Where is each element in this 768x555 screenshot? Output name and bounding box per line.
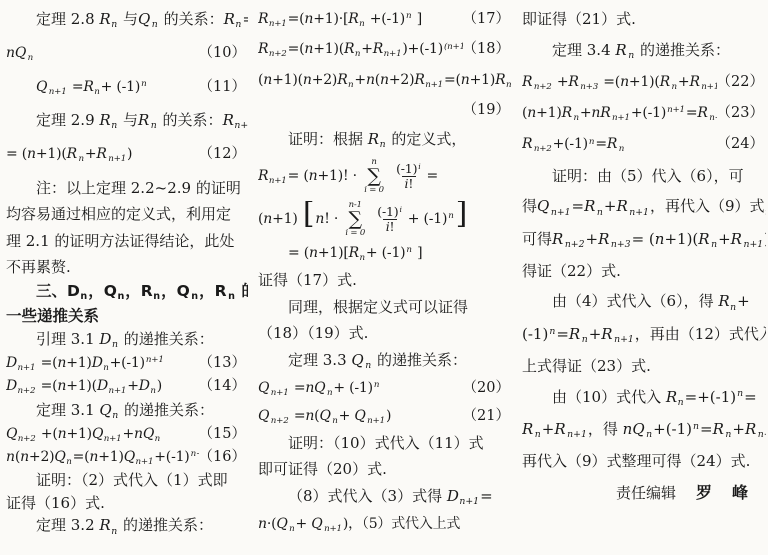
line-content: 即证得（21）式. [522,10,636,30]
equation-number: （21） [463,407,512,426]
text-line: 证明：根据 Rn 的定义式， [258,130,512,151]
line-content: 一些递推关系 [6,306,99,326]
subscript: n [730,302,736,313]
ring-accent-icon: ° [560,420,564,426]
text-line: 上式得证（23）式. [522,357,766,377]
tall-bracket: [ [303,201,315,231]
subscript: n+3 [580,82,598,92]
equation-number: （10） [199,44,248,63]
superscript: n [374,380,379,390]
text-line: 再代入（9）式整理可得（24）式. [522,452,766,472]
ring-accent-icon: ° [527,135,530,140]
ring-accent-icon: ° [264,379,267,384]
equation-line: R°n+2 +R°n+3 =(n+1)(R°n+R°n+1)（22） [522,73,766,93]
ring-variable: R° [562,104,572,122]
ring-accent-icon: ° [695,73,698,78]
column-center: Rn+1=(n+1)·[Rn +(-1)n ]（17）Rn+2=(n+1)(Rn… [258,10,512,555]
superscript: n+1 [146,355,164,365]
equation-line: Q°n+1 =Rn+ (-1)n（11） [6,78,248,98]
line-content: (-1)n=R°n+R°n+1，再由（12）式代入 [522,325,766,346]
subscript: n+1 [108,386,126,396]
ring-variable: R° [731,230,742,250]
line-content: n·(Q°n+ Q°n+1)，（5）式代入上式 [258,515,460,535]
equation-line: （19） [258,101,512,120]
ring-variable: R° [616,197,627,217]
line-content: 证明：（10）式代入（11）式 [288,434,484,454]
text-line: 定理 3.2 Rn 的递推关系： [6,516,248,537]
ring-variable: R° [607,135,617,153]
text-line: 同理，根据定义式可以证得 [258,298,512,318]
fraction: (-1)ii! [393,162,424,191]
line-content: 证得（17）式. [258,271,357,291]
subscript: n [151,120,157,131]
subscript: n [112,410,118,421]
editor-name: 罗 峰 [696,483,750,504]
text-line: 由（10）式代入 Rn=+(-1)n= [522,388,766,409]
equation-number: （17） [463,10,512,29]
ring-accent-icon: ° [264,407,267,412]
subscript: n [348,80,353,90]
ring-variable: R° [600,104,610,122]
line-content: 证明：由（5）代入（6），可 [552,167,744,187]
text-line: (n+1)(n+2)Rn+n(n+2)Rn+1=(n+1)Rn+2 [258,71,512,91]
ring-accent-icon: ° [42,78,45,83]
ring-accent-icon: ° [102,145,105,150]
subscript: n+1 [136,457,154,467]
ring-accent-icon: ° [574,73,577,78]
subscript: n [597,207,603,218]
superscript: n [141,79,146,89]
text-line: 证明：（10）式代入（11）式 [258,434,512,454]
ring-accent-icon: ° [72,145,75,150]
ring-accent-icon: ° [358,351,362,357]
superscript: i [418,162,420,171]
line-content: 得Q°n+1=R°n+R°n+1，再代入（9）式， [522,197,766,218]
line-content: 上式得证（23）式. [522,357,651,377]
line-content: 定理 3.3 Q°n 的递推关系： [288,351,467,372]
ring-accent-icon: ° [703,104,706,109]
text-line: 定理 3.4 R°n 的递推关系： [522,41,766,62]
text-line: 不再累赘. [6,258,248,278]
superscript: n [549,326,555,337]
line-content: (n+1) [n! · n-1∑i = 0 (-1)ii!+ (-1)n] [258,201,468,237]
ring-accent-icon: ° [221,281,225,287]
ring-variable: Q° [311,515,322,533]
ring-variable: R° [713,420,724,440]
subscript: n+1 [269,176,287,186]
ring-accent-icon: ° [575,325,579,331]
text-line: (-1)n=R°n+R°n+1，再由（12）式代入 [522,325,766,346]
ring-variable: Q° [258,407,269,425]
subscript: n [646,429,652,440]
ring-variable: Q° [319,407,330,425]
subscript: n [111,526,117,537]
line-content: 证明：（2）式代入（1）式即 [36,471,228,491]
ring-variable: R° [138,111,149,131]
line-content: Qn+2 +(n+1)Qn+1+nQn [6,425,161,445]
subscript: n [289,524,294,534]
equation-number: （22） [717,73,766,92]
subscript: n [619,144,624,154]
subscript: n+1 [271,388,289,398]
equation-number: （13） [199,354,248,373]
ring-accent-icon: ° [21,44,24,49]
equation-number: （12） [199,145,248,164]
ring-accent-icon: ° [737,230,741,236]
text-line: 均容易通过相应的定义式，利用定 [6,205,248,225]
sigma-icon: ∑ [349,210,362,229]
ring-variable: R° [689,73,699,91]
line-content: = (n+1)(R°n+R°n+1) [6,145,132,165]
subscript: n [191,291,198,302]
ring-accent-icon: ° [558,230,562,236]
text-line: 证得（16）式. [6,494,248,514]
fraction-numerator: (-1)i [374,205,405,219]
ring-accent-icon: ° [718,420,722,426]
text-line: n·(Q°n+ Q°n+1)，（5）式代入上式 [258,515,512,535]
subscript: n [359,19,364,29]
superscript: (n+1) [444,42,463,52]
subscript: n [111,19,117,30]
subscript: n+1 [269,19,287,29]
text-line: 得证（22）式. [522,262,766,282]
ring-accent-icon: ° [144,111,148,117]
equation-line: = (n+1)(R°n+R°n+1)（12） [6,145,248,165]
ring-variable: R° [697,104,707,122]
equation-number: （16） [199,448,248,467]
superscript: n+1 [191,449,199,459]
subscript: n+2 [534,144,552,154]
line-content: （8）式代入（3）式得 Dn+1= [288,487,493,508]
line-content: 即可证得（20）式. [258,460,387,480]
text-line: （8）式代入（3）式得 Dn+1= [258,487,512,508]
ring-variable: Q° [354,407,365,425]
subscript: n+1 [701,82,716,92]
ring-variable: R° [554,420,565,440]
ring-accent-icon: ° [606,104,609,109]
line-content: 同理，根据定义式可以证得 [288,298,468,318]
ring-accent-icon: ° [320,379,323,384]
line-content: Dn+1 =(n+1)Dn+(-1)n+1 [6,354,165,374]
editor-label: 责任编辑 [616,484,676,504]
fraction-numerator: (-1)i [393,162,424,176]
subscript: n+1 [384,49,402,59]
line-content: = (n+1)[Rn+ (-1)n ] [288,244,422,264]
text-line: R°n+R°n+1，得 nQ°n+(-1)n=R°n+R°n+1， [522,420,766,441]
ring-accent-icon: ° [604,230,608,236]
text-line: (n+1) [n! · n-1∑i = 0 (-1)ii!+ (-1)n] [258,201,512,237]
subscript: n+1 [758,429,766,440]
subscript: n+1 [567,429,587,440]
subscript: n+2 [271,416,289,426]
line-content: 证明：根据 Rn 的定义式， [288,130,466,151]
ring-accent-icon: ° [621,41,625,47]
line-content: Q°n+1 =Rn+ (-1)n [36,78,148,98]
ring-accent-icon: ° [325,407,328,412]
subscript: n+2 [18,434,36,444]
subscript: n [711,239,717,250]
ring-variable: R° [745,420,756,440]
line-content: Q°n+1 =nQ°n+ (-1)n [258,379,380,399]
subscript: n+1 [629,207,649,218]
ring-variable: Q° [276,515,287,533]
ring-variable: Q° [177,281,190,301]
subscript: n [725,429,731,440]
subscript: n+2 [269,49,287,59]
sigma-icon: ∑ [367,167,380,186]
superscript: n [693,421,699,432]
line-content: Rn+1= (n+1)! · n∑i = 0 (-1)ii!= [258,158,438,194]
superscript: n [406,245,411,255]
subscript: n+3 [611,239,631,250]
ring-variable: R° [569,325,580,345]
subscript: n+1 [49,87,67,97]
equation-line: Q°n+2 =n(Q°n+ Q°n+1)（21） [258,407,512,427]
subscript: n+1 [104,434,122,444]
ring-variable: R° [601,325,612,345]
ring-variable: Q° [15,44,26,62]
equation-line: Dn+2 =(n+1)(Dn+1+Dn)（14） [6,377,248,397]
subscript: n [365,360,371,371]
line-content: Rn+1=(n+1)·[Rn +(-1)n ] [258,10,422,30]
subscript: n+1 [614,334,634,345]
superscript: n [737,388,743,399]
subscript: n [94,87,99,97]
line-content: 定理 3.4 R°n 的递推关系： [552,41,730,62]
text-line: 引理 3.1 Dn 的递推关系： [6,330,248,351]
ring-accent-icon: ° [751,420,755,426]
ring-accent-icon: ° [639,420,643,426]
equation-number: （19） [463,101,512,120]
sum-lower-limit: i = 0 [345,229,365,238]
subscript: n+1 [425,80,443,90]
subscript: n+1 [367,416,385,426]
ring-variable: Q° [258,379,269,397]
subscript: n+1 [234,120,248,131]
line-content: Q°n+2 =n(Q°n+ Q°n+1) [258,407,391,427]
subscript: n+1 [324,524,342,534]
equation-number: （15） [199,425,248,444]
equation-number: （18） [463,40,512,59]
subscript: n [359,253,364,263]
subscript: n [150,386,155,396]
subscript: n [332,416,337,426]
subscript: n [355,49,360,59]
ring-variable: Q° [138,10,150,30]
ring-variable: R° [568,73,578,91]
subscript: n [155,434,160,444]
ring-variable: R° [67,145,77,163]
subscript: n [327,388,332,398]
line-content: nQ°n [6,44,34,64]
text-line: 证明：由（5）代入（6），可 [522,167,766,187]
subscript: n [380,139,386,150]
line-content: 得证（22）式. [522,262,621,282]
subscript: n+2 [565,239,585,250]
ring-accent-icon: ° [607,325,611,331]
equation-number: （24） [717,135,766,154]
line-content: 不再累赘. [6,258,71,278]
subscript: n [672,82,677,92]
equation-number: （14） [199,377,248,396]
line-content: Rn+2=(n+1)(Rn+Rn+1)+(-1)(n+1) [258,40,463,60]
subscript: n [152,19,158,30]
text-line: 注：以上定理 2.2~2.9 的证明 [6,179,248,199]
line-content: 定理 3.2 Rn 的递推关系： [36,516,213,537]
subscript: n+1 [108,154,126,164]
line-content: 由（10）式代入 Rn=+(-1)n= [552,388,757,409]
line-content: 注：以上定理 2.2~2.9 的证明 [36,179,241,199]
ring-accent-icon: ° [527,73,530,78]
line-content: R°n+2+(-1)n=R°n [522,135,625,155]
equation-line: Rn+1=(n+1)·[Rn +(-1)n ]（17） [258,10,512,30]
equation-line: R°n+2+(-1)n=R°n（24） [522,135,766,155]
subscript: n+1 [743,239,763,250]
text-line: 即证得（21）式. [522,10,766,30]
text-line: Rn+1= (n+1)! · n∑i = 0 (-1)ii!= [258,158,512,194]
fraction-denominator: i! [383,219,398,234]
ring-accent-icon: ° [590,197,594,203]
text-line: 证得（17）式. [258,271,512,291]
text-line: = (n+1)[Rn+ (-1)n ] [258,244,512,264]
text-line: 理 2.1 的证明方法证得结论，此处 [6,232,248,252]
equation-line: n(n+2)Qn=(n+1)Qn+1+(-1)n+1（16） [6,448,248,468]
line-content: 可得R°n+2+R°n+3= (n+1)(R°n+R°n+1)， [522,230,766,251]
subscript: n [235,19,241,30]
line-content: 再代入（9）式整理可得（24）式. [522,452,750,472]
ring-variable: R° [584,197,595,217]
text-line: 即可证得（20）式. [258,460,512,480]
ring-variable: Q° [351,351,363,371]
line-content: (n+1)(n+2)Rn+n(n+2)Rn+1=(n+1)Rn+2 [258,71,512,91]
subscript: n [573,113,578,123]
superscript: n [589,137,594,147]
line-content: （18）（19）式. [258,324,368,344]
line-content: n(n+2)Qn=(n+1)Qn+1+(-1)n+1 [6,448,199,468]
text-line: 定理 3.1 Qn 的递推关系： [6,401,248,422]
ring-variable: R° [522,420,533,440]
line-content: 证得（16）式. [6,494,105,514]
superscript: i [399,205,401,214]
ring-accent-icon: ° [665,73,668,78]
ring-variable: Q° [632,420,644,440]
equation-line: (n+1)R°n+nR°n+1+(-1)n+1=R°n+2（23） [522,104,766,124]
subscript: n [78,154,83,164]
fraction: (-1)ii! [374,205,405,234]
section-heading: 三、Dn，Qn，Rn，Q°n，R°n 的 [6,281,248,304]
line-content: 均容易通过相应的定义式，利用定 [6,205,231,225]
equation-line: Qn+2 +(n+1)Qn+1+nQn（15） [6,425,248,445]
subscript: n [66,457,71,467]
line-content: 由（4）式代入（6），得 Rn+ [552,292,750,313]
ring-accent-icon: ° [528,420,532,426]
subscript: n [153,291,160,302]
summation-symbol: n-1∑i = 0 [345,201,365,237]
subscript: n+1 [551,207,571,218]
text-line: 由（4）式代入（6），得 Rn+ [522,292,766,313]
line-content: 引理 3.1 Dn 的递推关系： [36,330,214,351]
column-left: 定理 2.8 Rn 与Q°n 的关系：Rn=nQ°n（10）Q°n+1 =Rn+… [6,10,248,555]
text-line: 得Q°n+1=R°n+R°n+1，再代入（9）式， [522,197,766,218]
ring-variable: R° [522,73,532,91]
fraction-denominator: i! [402,176,417,191]
ring-variable: R° [552,230,563,250]
text-line: （18）（19）式. [258,324,512,344]
paper-page: 定理 2.8 Rn 与Q°n 的关系：Rn=nQ°n（10）Q°n+1 =Rn+… [0,0,768,555]
ring-accent-icon: ° [183,281,187,287]
subscript: n [678,397,684,408]
subscript: n [628,50,634,61]
text-line: 定理 2.8 Rn 与Q°n 的关系：Rn= [6,10,248,31]
ring-variable: R° [615,41,626,61]
subscript: n+2 [18,386,36,396]
ring-variable: R° [660,73,670,91]
ring-variable: R° [522,135,532,153]
subscript: n+1 [612,113,630,123]
ring-accent-icon: ° [543,197,547,203]
ring-accent-icon: ° [622,197,626,203]
equation-number: （23） [717,104,766,123]
ring-variable: R° [215,281,227,301]
summation-symbol: n∑i = 0 [364,158,384,194]
ring-accent-icon: ° [317,515,320,520]
section-heading: 一些递推关系 [6,306,248,326]
subscript: n+2 [506,80,512,90]
superscript: n [406,11,411,21]
subscript: n [111,120,117,131]
line-content: 定理 2.8 Rn 与Q°n 的关系：Rn= [36,10,248,31]
subscript: n [228,291,235,302]
subscript: n+2 [534,82,552,92]
ring-variable: R° [96,145,106,163]
superscript: n [448,211,453,221]
line-content: R°n+2 +R°n+3 =(n+1)(R°n+R°n+1) [522,73,717,93]
subscript: n [535,429,541,440]
equation-line: Q°n+1 =nQ°n+ (-1)n（20） [258,379,512,399]
equation-line: nQ°n（10） [6,44,248,64]
text-line: 可得R°n+2+R°n+3= (n+1)(R°n+R°n+1)， [522,230,766,251]
subscript: n+1 [459,496,479,507]
text-line: 定理 3.3 Q°n 的递推关系： [258,351,512,372]
line-content: 三、Dn，Qn，Rn，Q°n，R°n 的 [36,281,248,304]
ring-accent-icon: ° [567,104,570,109]
line-content: R°n+R°n+1，得 nQ°n+(-1)n=R°n+R°n+1， [522,420,766,441]
subscript: n [112,339,118,350]
text-line: 定理 2.9 Rn 与R°n 的关系：Rn+1 [6,111,248,132]
sum-lower-limit: i = 0 [364,186,384,195]
line-content: (n+1)R°n+nR°n+1+(-1)n+1=R°n+2 [522,104,717,124]
ring-variable: R° [698,230,709,250]
ring-accent-icon: ° [282,515,285,520]
ring-variable: Q° [537,197,549,217]
text-line: 证明：（2）式代入（1）式即 [6,471,248,491]
subscript: n [80,291,87,302]
subscript: n [117,291,124,302]
ring-variable: R° [598,230,609,250]
ring-variable: Q° [314,379,325,397]
subscript: n [582,334,588,345]
line-content: 定理 2.9 Rn 与R°n 的关系：Rn+1 [36,111,248,132]
tall-bracket: ] [456,201,468,231]
subscript: n+2 [709,113,716,123]
ring-accent-icon: ° [144,10,148,16]
ring-accent-icon: ° [612,135,615,140]
line-content: 定理 3.1 Qn 的递推关系： [36,401,214,422]
equation-number: （20） [463,379,512,398]
superscript: n+1 [667,105,685,115]
line-content: Dn+2 =(n+1)(Dn+1+Dn) [6,377,162,397]
subscript: n [103,363,108,373]
